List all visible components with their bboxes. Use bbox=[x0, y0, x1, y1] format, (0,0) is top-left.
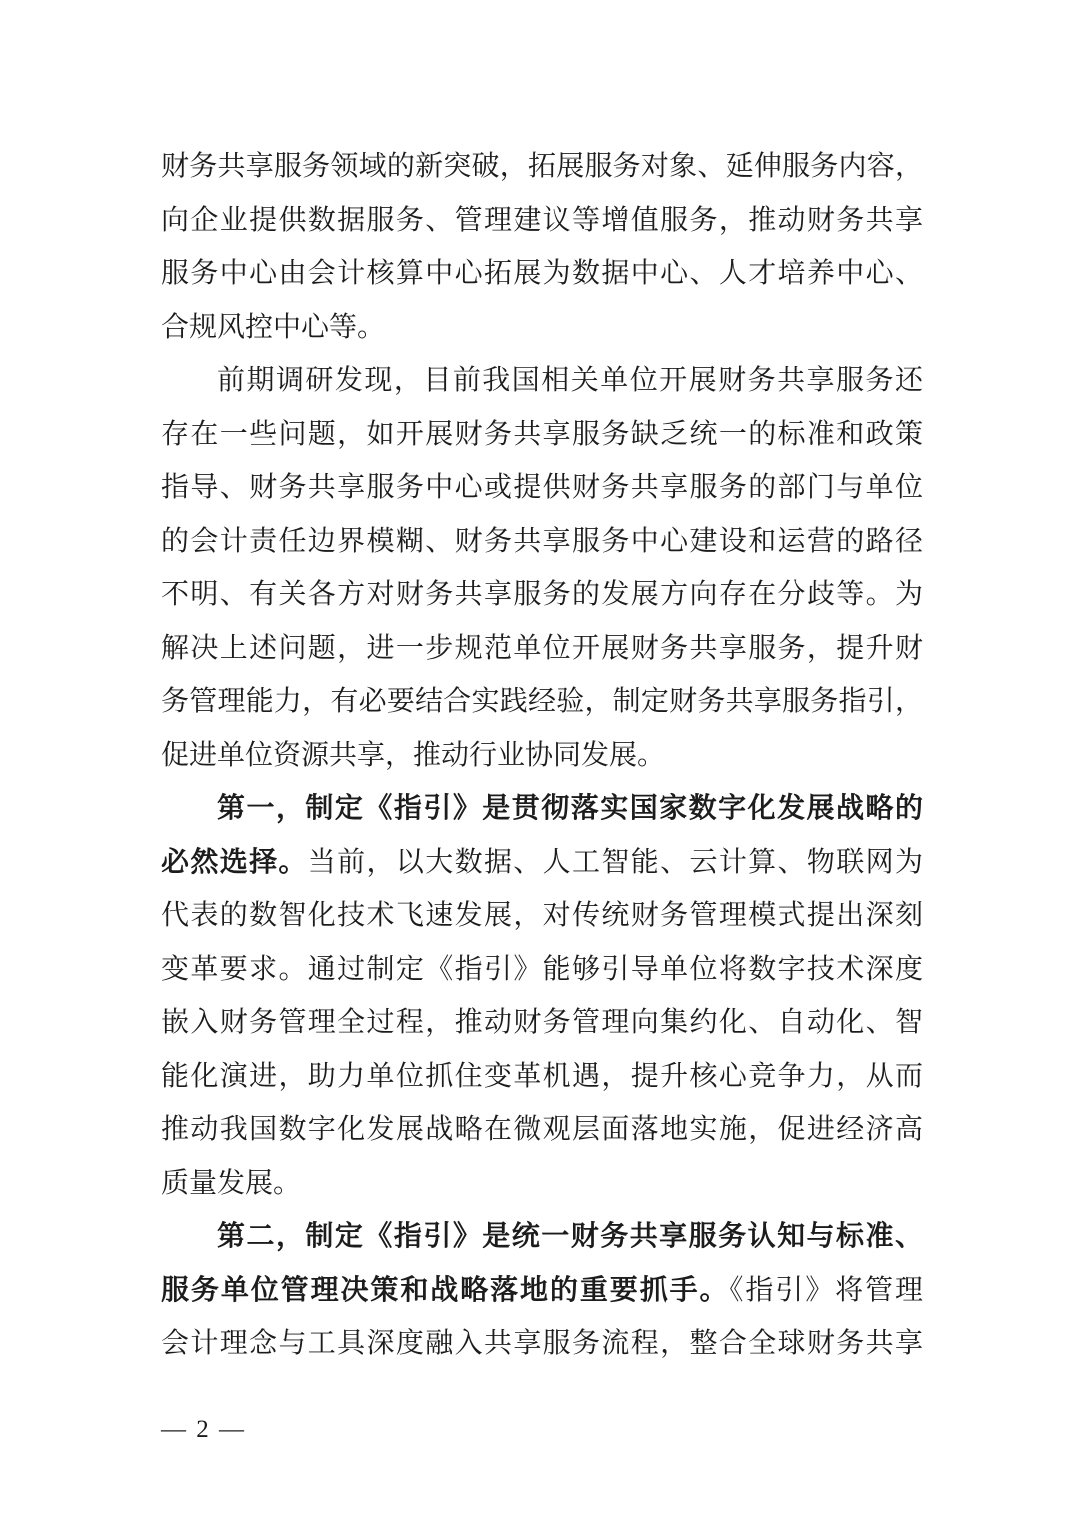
text-line-13: 第一，制定《指引》是贯彻落实国家数字化发展战略的 bbox=[161, 782, 923, 836]
text-run: 推动我国数字化发展战略在微观层面落地实施，促进经济高 bbox=[161, 1114, 923, 1145]
text-run: 务管理能力，有必要结合实践经验，制定财务共享服务指引， bbox=[161, 686, 923, 717]
text-line-21: 第二，制定《指引》是统一财务共享服务认知与标准、 bbox=[161, 1210, 923, 1264]
text-line-1: 财务共享服务领域的新突破，拓展服务对象、延伸服务内容， bbox=[161, 140, 923, 194]
text-line-7: 指导、财务共享服务中心或提供财务共享服务的部门与单位 bbox=[161, 461, 923, 515]
text-line-14: 必然选择。当前，以大数据、人工智能、云计算、物联网为 bbox=[161, 836, 923, 890]
text-line-5: 前期调研发现，目前我国相关单位开展财务共享服务还 bbox=[161, 354, 923, 408]
text-run: 质量发展。 bbox=[161, 1168, 301, 1199]
text-run: 变革要求。通过制定《指引》能够引导单位将数字技术深度 bbox=[161, 954, 923, 985]
page-footer: — 2 — bbox=[161, 1408, 246, 1452]
document-page: 财务共享服务领域的新突破，拓展服务对象、延伸服务内容，向企业提供数据服务、管理建… bbox=[0, 0, 1080, 1527]
text-run: 指导、财务共享服务中心或提供财务共享服务的部门与单位 bbox=[161, 472, 923, 503]
text-line-8: 的会计责任边界模糊、财务共享服务中心建设和运营的路径 bbox=[161, 515, 923, 569]
text-line-20: 质量发展。 bbox=[161, 1157, 923, 1211]
page-number: — 2 — bbox=[161, 1416, 246, 1443]
text-run: 代表的数智化技术飞速发展，对传统财务管理模式提出深刻 bbox=[161, 900, 923, 931]
text-run: 促进单位资源共享，推动行业协同发展。 bbox=[161, 740, 665, 771]
text-line-3: 服务中心由会计核算中心拓展为数据中心、人才培养中心、 bbox=[161, 247, 923, 301]
text-run: 《指引》将管理 bbox=[729, 1275, 923, 1306]
text-run: 能化演进，助力单位抓住变革机遇，提升核心竞争力，从而 bbox=[161, 1061, 923, 1092]
text-run: 服务中心由会计核算中心拓展为数据中心、人才培养中心、 bbox=[161, 258, 923, 289]
text-run: 嵌入财务管理全过程，推动财务管理向集约化、自动化、智 bbox=[161, 1007, 923, 1038]
bold-text-run: 必然选择。 bbox=[161, 847, 308, 878]
text-line-18: 能化演进，助力单位抓住变革机遇，提升核心竞争力，从而 bbox=[161, 1050, 923, 1104]
text-line-22: 服务单位管理决策和战略落地的重要抓手。《指引》将管理 bbox=[161, 1264, 923, 1318]
text-line-2: 向企业提供数据服务、管理建议等增值服务，推动财务共享 bbox=[161, 194, 923, 248]
text-run: 财务共享服务领域的新突破，拓展服务对象、延伸服务内容， bbox=[161, 151, 923, 182]
text-run: 解决上述问题，进一步规范单位开展财务共享服务，提升财 bbox=[161, 633, 923, 664]
text-line-11: 务管理能力，有必要结合实践经验，制定财务共享服务指引， bbox=[161, 675, 923, 729]
text-line-12: 促进单位资源共享，推动行业协同发展。 bbox=[161, 729, 923, 783]
text-line-16: 变革要求。通过制定《指引》能够引导单位将数字技术深度 bbox=[161, 943, 923, 997]
text-line-15: 代表的数智化技术飞速发展，对传统财务管理模式提出深刻 bbox=[161, 889, 923, 943]
text-run: 不明、有关各方对财务共享服务的发展方向存在分歧等。为 bbox=[161, 579, 923, 610]
bold-text-run: 第二，制定《指引》是统一财务共享服务认知与标准、 bbox=[217, 1221, 923, 1252]
bold-text-run: 服务单位管理决策和战略落地的重要抓手。 bbox=[161, 1275, 729, 1306]
text-run: 存在一些问题，如开展财务共享服务缺乏统一的标准和政策 bbox=[161, 419, 923, 450]
text-run: 前期调研发现，目前我国相关单位开展财务共享服务还 bbox=[217, 365, 923, 396]
text-run: 当前，以大数据、人工智能、云计算、物联网为 bbox=[308, 847, 923, 878]
text-line-6: 存在一些问题，如开展财务共享服务缺乏统一的标准和政策 bbox=[161, 408, 923, 462]
text-line-19: 推动我国数字化发展战略在微观层面落地实施，促进经济高 bbox=[161, 1103, 923, 1157]
text-line-9: 不明、有关各方对财务共享服务的发展方向存在分歧等。为 bbox=[161, 568, 923, 622]
bold-text-run: 第一，制定《指引》是贯彻落实国家数字化发展战略的 bbox=[217, 793, 923, 824]
text-line-4: 合规风控中心等。 bbox=[161, 301, 923, 355]
text-line-23: 会计理念与工具深度融入共享服务流程，整合全球财务共享 bbox=[161, 1317, 923, 1371]
text-run: 的会计责任边界模糊、财务共享服务中心建设和运营的路径 bbox=[161, 526, 923, 557]
text-line-17: 嵌入财务管理全过程，推动财务管理向集约化、自动化、智 bbox=[161, 996, 923, 1050]
text-run: 会计理念与工具深度融入共享服务流程，整合全球财务共享 bbox=[161, 1328, 923, 1359]
text-block: 财务共享服务领域的新突破，拓展服务对象、延伸服务内容，向企业提供数据服务、管理建… bbox=[161, 140, 923, 1371]
text-line-10: 解决上述问题，进一步规范单位开展财务共享服务，提升财 bbox=[161, 622, 923, 676]
text-run: 合规风控中心等。 bbox=[161, 312, 385, 343]
text-run: 向企业提供数据服务、管理建议等增值服务，推动财务共享 bbox=[161, 205, 923, 236]
